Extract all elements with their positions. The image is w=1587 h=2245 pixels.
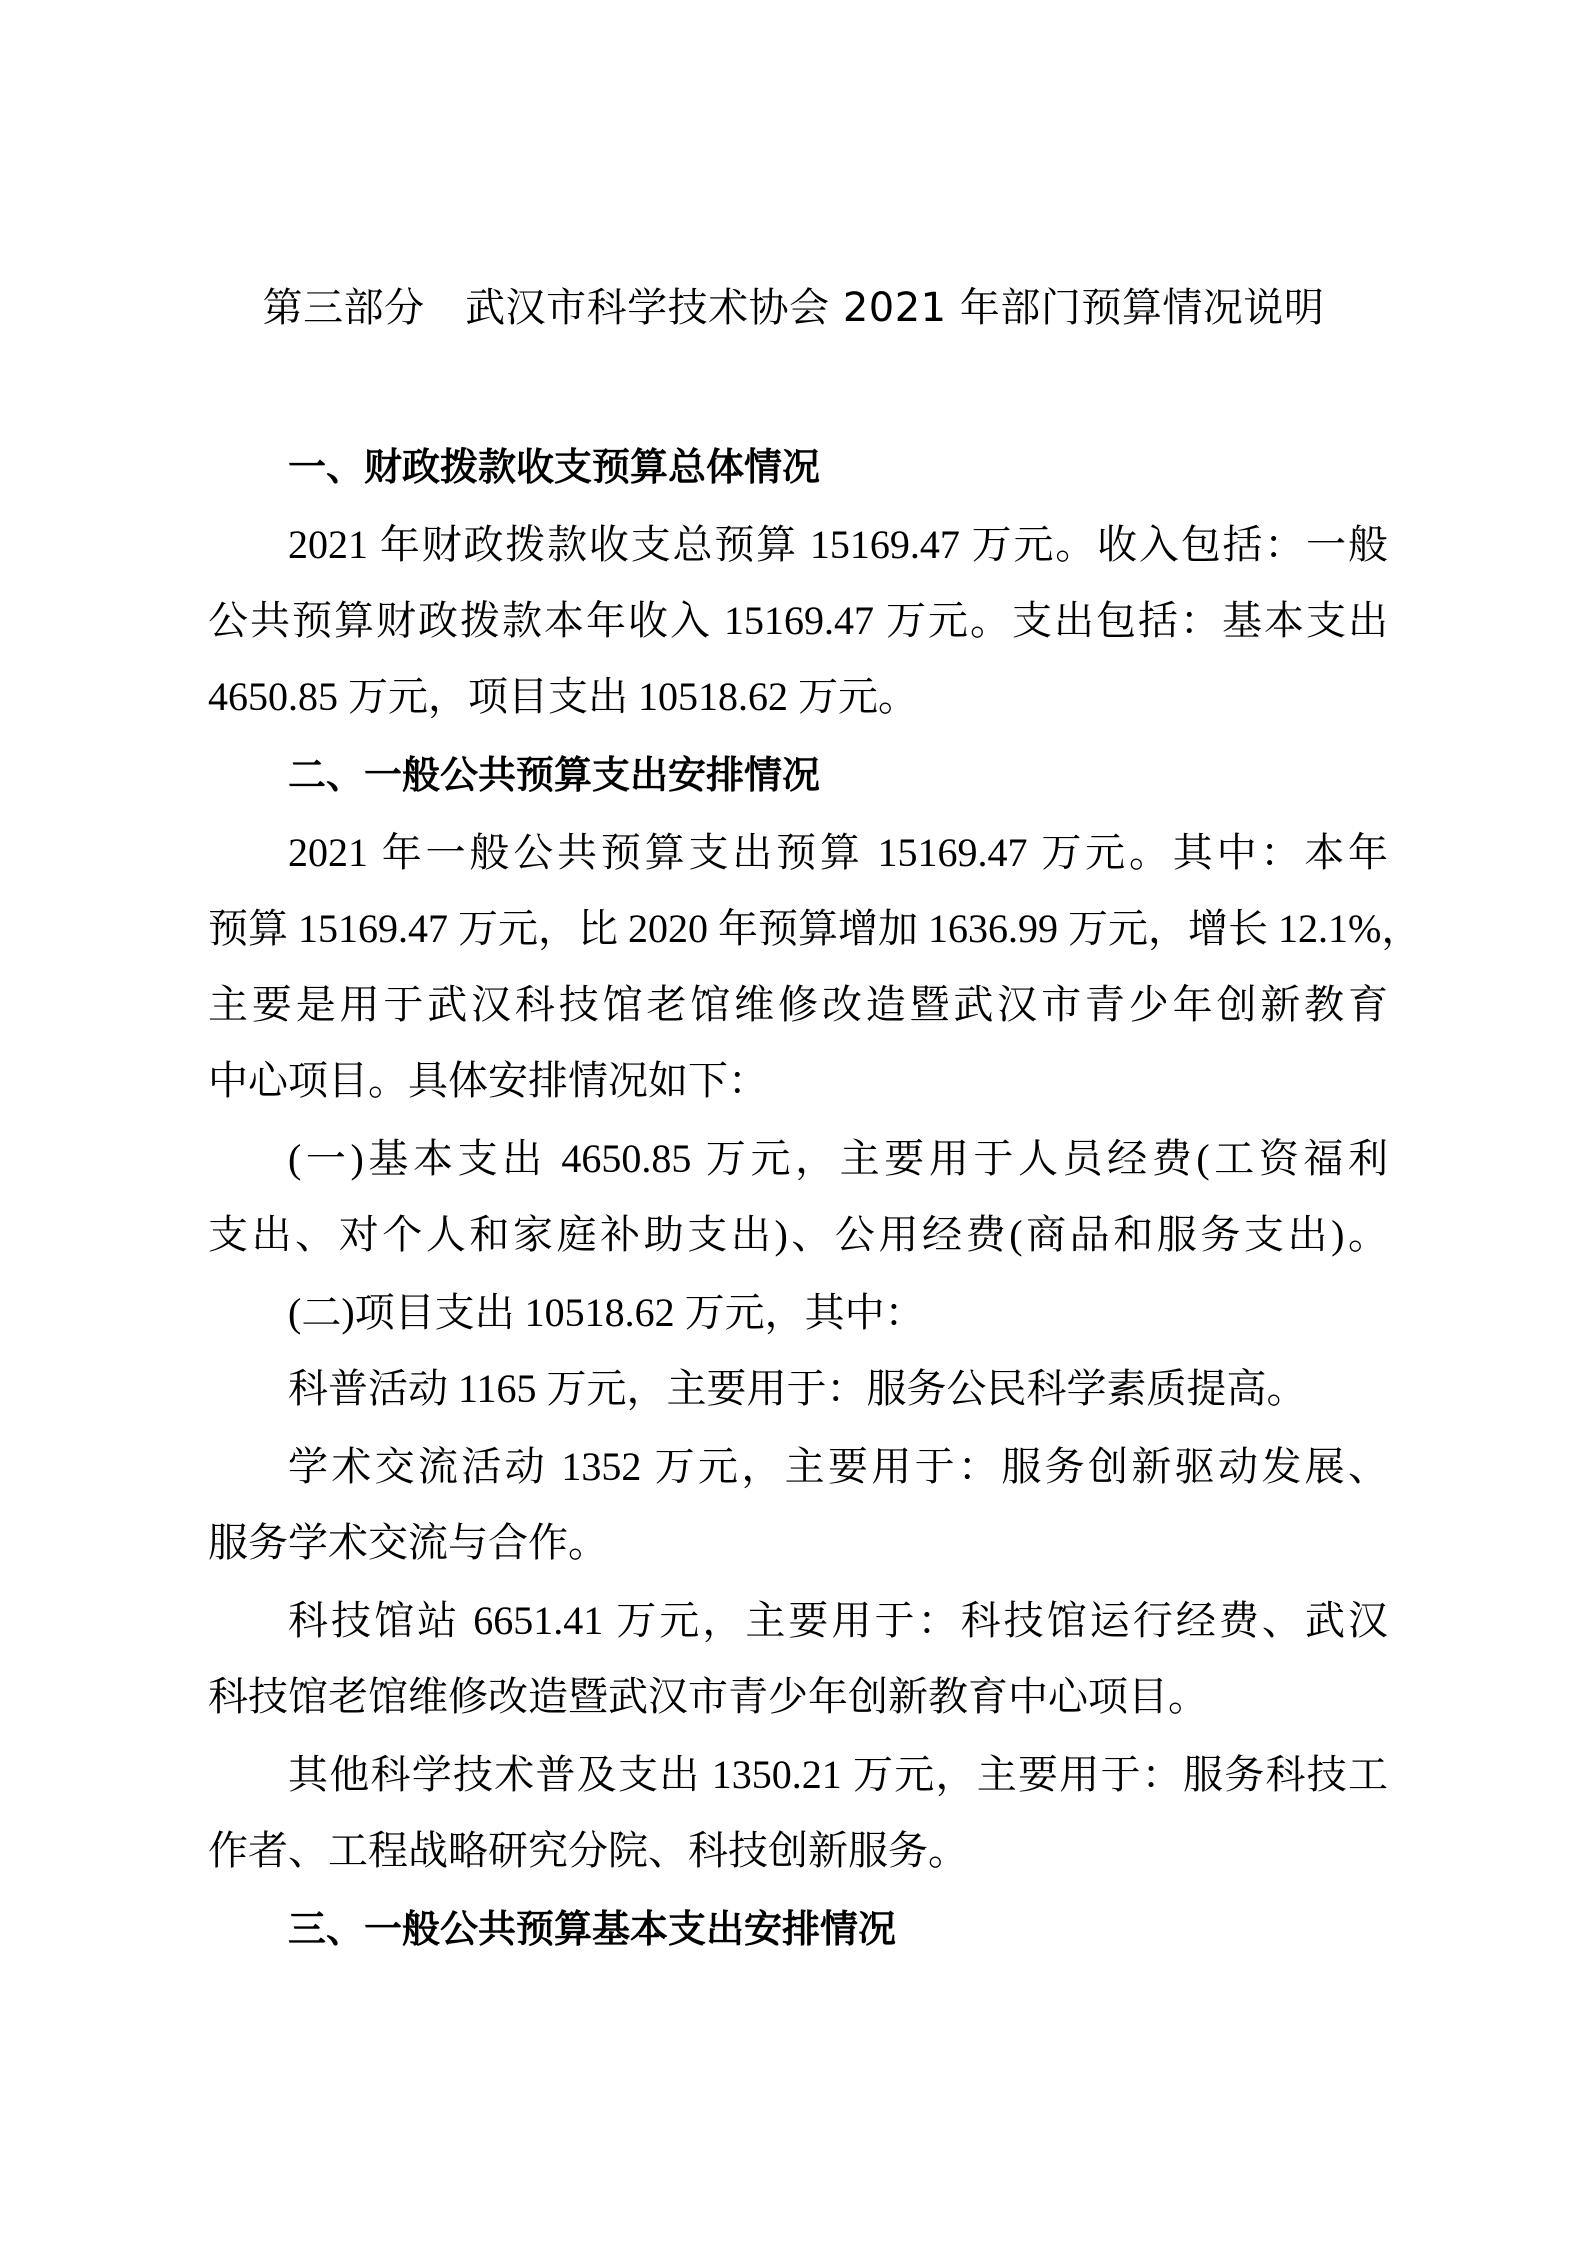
paragraph-line: 主要是用于武汉科技馆老馆维修改造暨武汉市青少年创新教育: [208, 976, 1388, 1034]
document-title: 第三部分 武汉市科学技术协会 2021 年部门预算情况说明: [0, 278, 1587, 338]
paragraph-line: 科技馆站 6651.41 万元，主要用于：科技馆运行经费、武汉: [288, 1592, 1388, 1650]
paragraph-line: (一)基本支出 4650.85 万元，主要用于人员经费(工资福利: [288, 1130, 1388, 1188]
paragraph-line: 4650.85 万元，项目支出 10518.62 万元。: [208, 668, 1388, 726]
paragraph-line: 预算 15169.47 万元，比 2020 年预算增加 1636.99 万元，增…: [208, 900, 1388, 958]
paragraph-line: 2021 年一般公共预算支出预算 15169.47 万元。其中：本年: [288, 824, 1388, 882]
section-heading-1: 一、财政拨款收支预算总体情况: [288, 438, 820, 496]
paragraph-line: 作者、工程战略研究分院、科技创新服务。: [208, 1822, 1388, 1880]
paragraph-line: 服务学术交流与合作。: [208, 1514, 1388, 1572]
paragraph-line: 2021 年财政拨款收支总预算 15169.47 万元。收入包括：一般: [288, 516, 1388, 574]
document-page: 第三部分 武汉市科学技术协会 2021 年部门预算情况说明 一、财政拨款收支预算…: [0, 0, 1587, 2245]
paragraph-line: 学术交流活动 1352 万元，主要用于：服务创新驱动发展、: [288, 1438, 1388, 1496]
paragraph-line: 其他科学技术普及支出 1350.21 万元，主要用于：服务科技工: [288, 1746, 1388, 1804]
section-heading-2: 二、一般公共预算支出安排情况: [288, 746, 820, 804]
paragraph-line: 中心项目。具体安排情况如下：: [208, 1052, 1388, 1110]
paragraph-line: 科技馆老馆维修改造暨武汉市青少年创新教育中心项目。: [208, 1668, 1388, 1726]
paragraph-line: 支出、对个人和家庭补助支出)、公用经费(商品和服务支出)。: [208, 1206, 1388, 1264]
paragraph-line: 公共预算财政拨款本年收入 15169.47 万元。支出包括：基本支出: [208, 592, 1388, 650]
section-heading-3: 三、一般公共预算基本支出安排情况: [288, 1900, 896, 1958]
paragraph-line: 科普活动 1165 万元，主要用于：服务公民科学素质提高。: [288, 1360, 1388, 1418]
paragraph-line: (二)项目支出 10518.62 万元，其中：: [288, 1284, 1388, 1342]
